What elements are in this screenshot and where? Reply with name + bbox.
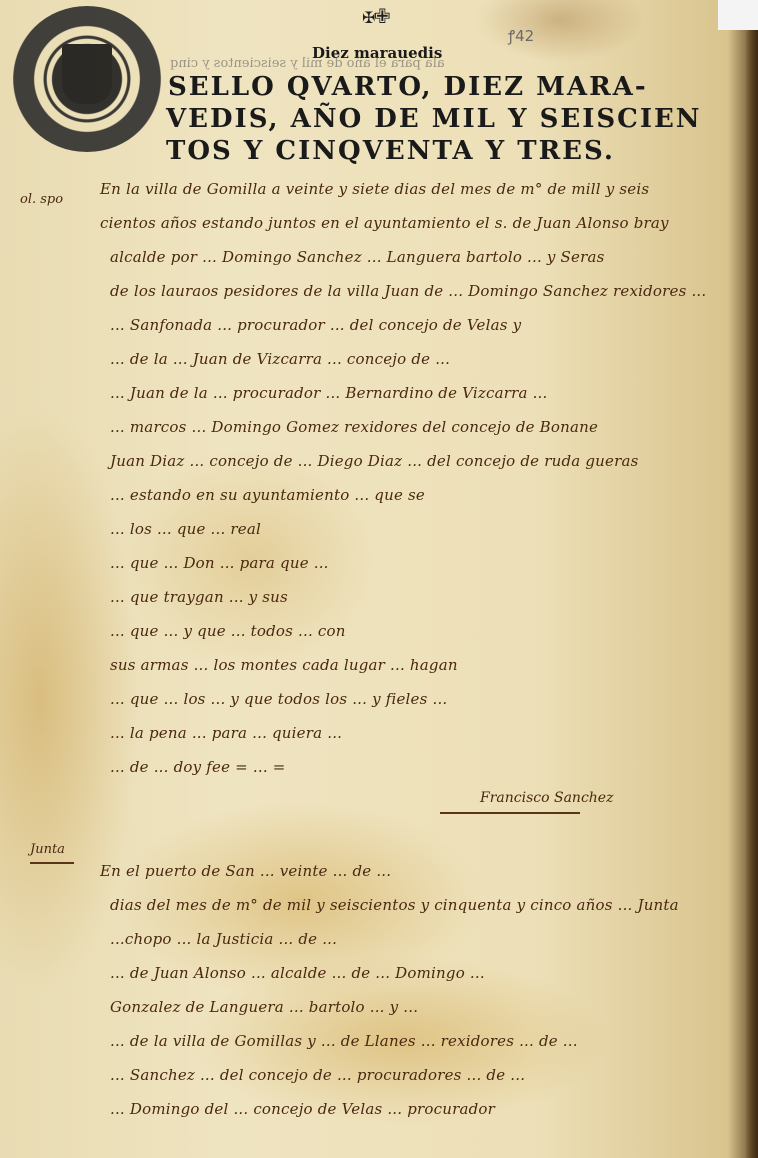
page-edge [746,0,758,1158]
margin-note: Junta [30,842,65,857]
text-line: En la villa de Gomilla a veinte y siete … [100,180,649,198]
folio-mark: ꝭ42 [508,26,534,46]
text-line: ... de la ... Juan de Vizcarra ... conce… [110,350,450,368]
text-line: ... los ... que ... real [110,520,261,538]
text-line: ... que traygan ... y sus [110,588,288,606]
text-line: ... Juan de la ... procurador ... Bernar… [110,384,548,402]
text-line: ... que ... y que ... todos ... con [110,622,346,640]
margin-note: ol. spo [20,192,63,207]
text-line: alcalde por ... Domingo Sanchez ... Lang… [110,248,605,266]
text-line: de los lauraos pesidores de la villa Jua… [110,282,706,300]
margin-underline [30,862,74,864]
text-line: ... de la villa de Gomillas y ... de Lla… [110,1032,578,1050]
text-line: ... estando en su ayuntamiento ... que s… [110,486,425,504]
text-line: cientos años estando juntos en el ayunta… [100,214,669,232]
stamp-line-3: TOS Y CINQVENTA Y TRES. [166,136,615,166]
stamp-line-2: VEDIS, AÑO DE MIL Y SEISCIEN [166,104,702,134]
bleedthrough-text: ala para el año de mil y seiscientos y c… [170,56,445,71]
text-line: Gonzalez de Languera ... bartolo ... y .… [110,998,418,1016]
jerusalem-cross-icon: ✙ [374,4,391,28]
text-line: dias del mes de m° de mil y seiscientos … [110,896,679,914]
text-line: Juan Diaz ... concejo de ... Diego Diaz … [110,452,639,470]
text-line: ... de ... doy fee = ... = [110,758,286,776]
text-line: ... que ... Don ... para que ... [110,554,329,572]
text-line: ... que ... los ... y que todos los ... … [110,690,447,708]
seal-coat-of-arms [62,44,112,104]
stamp-line-1: SELLO QVARTO, DIEZ MARA- [168,72,648,102]
text-line: sus armas ... los montes cada lugar ... … [110,656,458,674]
text-line: ... la pena ... para ... quiera ... [110,724,342,742]
royal-seal-stamp [12,6,162,152]
text-line: ...chopo ... la Justicia ... de ... [110,930,337,948]
manuscript-page: ✠ ✙ ꝭ42 Diez marauedis ala para el año d… [0,0,758,1158]
text-line: En el puerto de San ... veinte ... de ..… [100,862,391,880]
text-line: ... marcos ... Domingo Gomez rexidores d… [110,418,598,436]
page-corner-background [718,0,758,30]
text-line: ... de Juan Alonso ... alcalde ... de ..… [110,964,485,982]
text-line: ... Sanchez ... del concejo de ... procu… [110,1066,525,1084]
text-line: ... Domingo del ... concejo de Velas ...… [110,1100,495,1118]
text-line: ... Sanfonada ... procurador ... del con… [110,316,521,334]
signature-rubric [440,812,580,814]
notary-signature: Francisco Sanchez [480,790,613,806]
